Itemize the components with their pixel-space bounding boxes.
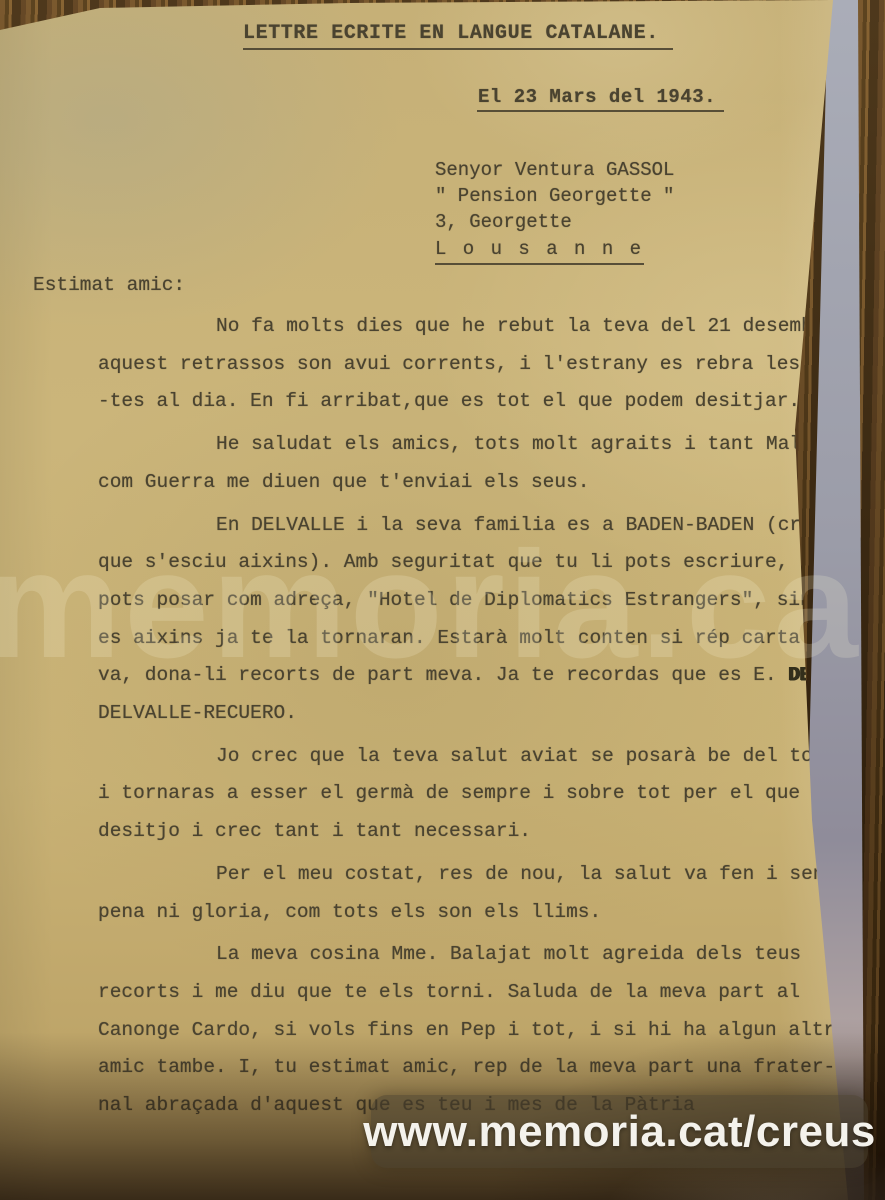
letter-line: No fa molts dies que he rebut la teva de… <box>98 308 870 346</box>
letter-line: DELVALLE-RECUERO. <box>98 695 870 733</box>
letter-line: Canonge Cardo, si vols fins en Pep i tot… <box>98 1012 870 1050</box>
photo-canvas: LETTRE ECRITE EN LANGUE CATALANE. El 23 … <box>0 0 885 1200</box>
letter-line: He saludat els amics, tots molt agraits … <box>98 426 870 464</box>
letter-line: aquest retrassos son avui corrents, i l'… <box>98 346 870 384</box>
letter-line: amic tambe. I, tu estimat amic, rep de l… <box>98 1049 870 1087</box>
watermark-url-bar: www.memoria.cat/creus <box>371 1095 868 1168</box>
letter-line: desitjo i crec tant i tant necessari. <box>98 813 870 851</box>
body-lines: No fa molts dies que he rebut la teva de… <box>98 303 870 1125</box>
watermark-memoria: memoria.ca <box>0 518 861 693</box>
letter-line: -tes al dia. En fi arribat,que es tot el… <box>98 383 870 421</box>
recipient-block: Senyor Ventura GASSOL" Pension Georgette… <box>435 157 674 265</box>
letter-line: Jo crec que la teva salut aviat se posar… <box>98 738 870 776</box>
letter-line: recorts i me diu que te els torni. Salud… <box>98 974 870 1012</box>
letter-line: com Guerra me diuen que t'enviai els seu… <box>98 464 870 502</box>
letter-line: La meva cosina Mme. Balajat molt agreida… <box>98 936 870 974</box>
letter-line: Per el meu costat, res de nou, la salut … <box>98 856 870 894</box>
salutation: Estimat amic: <box>33 274 185 296</box>
letter-heading: LETTRE ECRITE EN LANGUE CATALANE. <box>243 22 673 50</box>
recipient-line: 3, Georgette <box>435 209 674 235</box>
watermark-url: www.memoria.cat/creus <box>363 1107 876 1157</box>
recipient-line: L o u s a n n e <box>435 235 674 265</box>
letter-line: i tornaras a esser el germà de sempre i … <box>98 775 870 813</box>
recipient-line: " Pension Georgette " <box>435 183 674 209</box>
letter-line: pena ni gloria, com tots els son els lli… <box>98 894 870 932</box>
recipient-line: Senyor Ventura GASSOL <box>435 157 674 183</box>
letter-date: El 23 Mars del 1943. <box>477 86 724 112</box>
